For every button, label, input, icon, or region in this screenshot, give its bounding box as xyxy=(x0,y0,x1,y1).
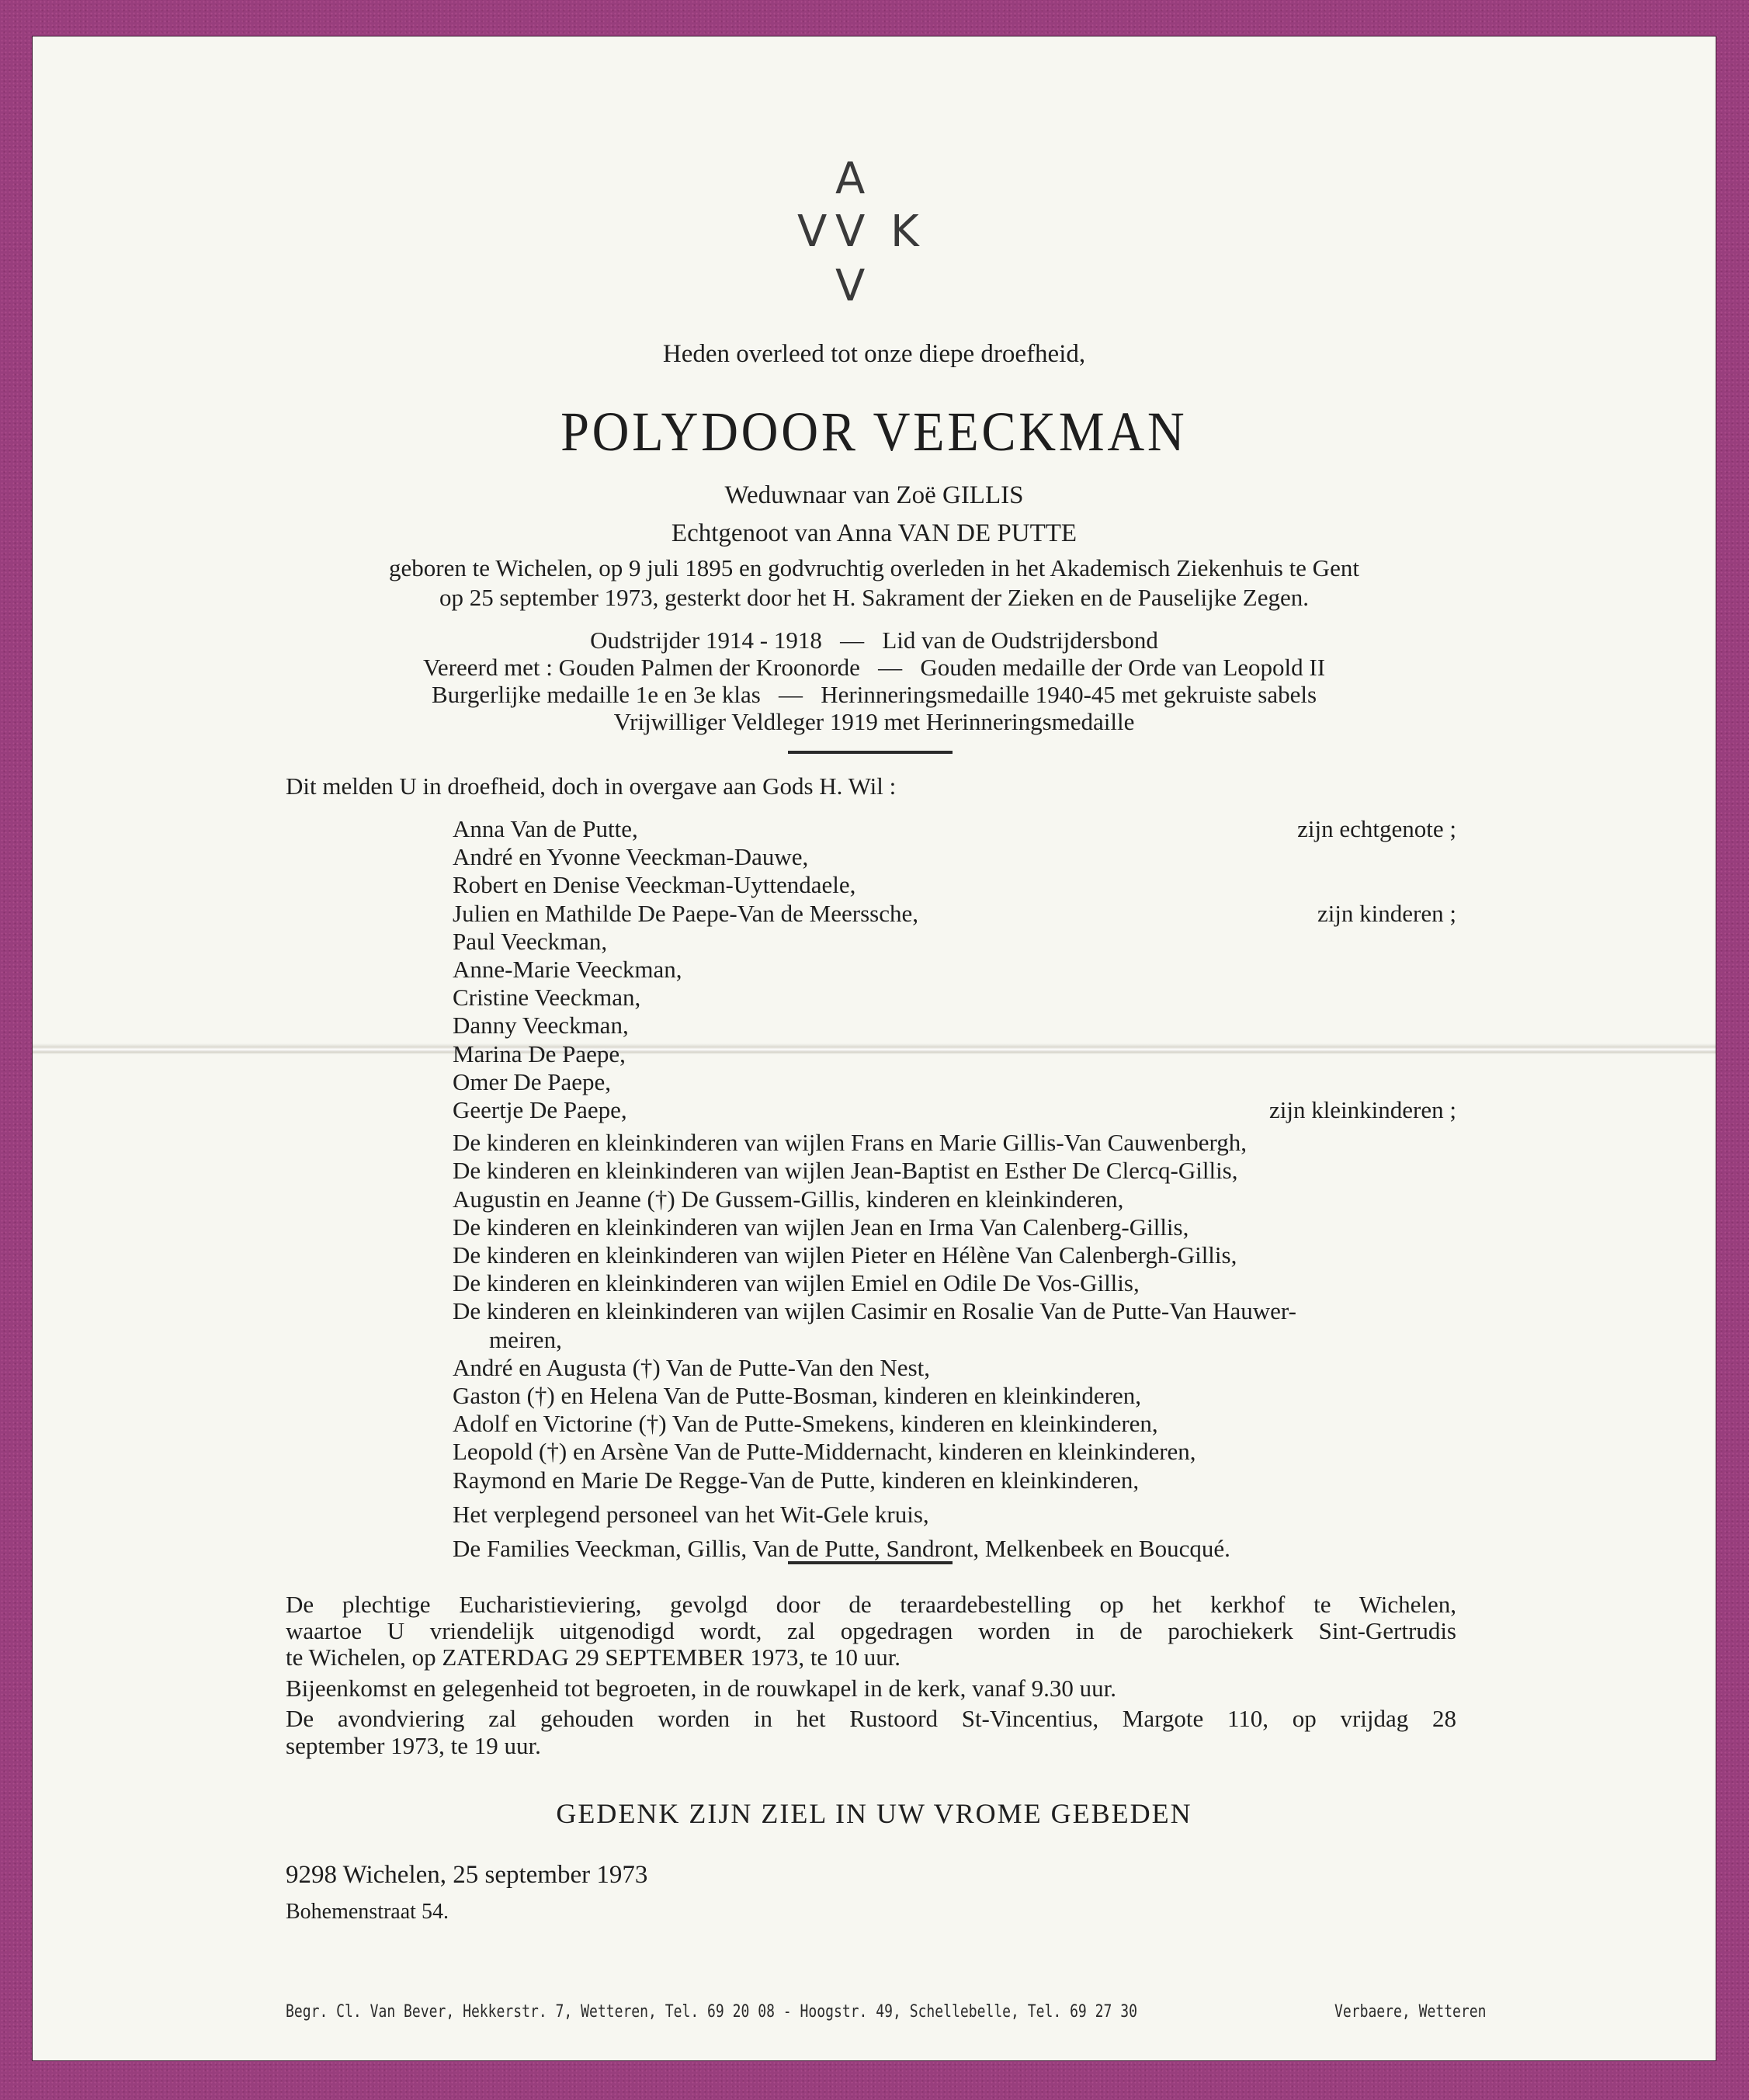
mourner-name: De kinderen en kleinkinderen van wijlen … xyxy=(453,1158,1238,1182)
widower-line: Weduwnaar van Zoë GILLIS xyxy=(33,483,1716,509)
mourner-name: André en Yvonne Veeckman-Dauwe, xyxy=(453,845,808,869)
ceremony-line-1: De plechtige Eucharistieviering, gevolgd… xyxy=(286,1592,1456,1616)
mourner-row: De kinderen en kleinkinderen van wijlen … xyxy=(286,1158,1456,1185)
announcement-line: Dit melden U in droefheid, doch in overg… xyxy=(286,774,896,798)
mourner-row: Omer De Paepe, xyxy=(286,1070,1456,1096)
mourner-name: Marina De Paepe, xyxy=(453,1042,626,1066)
mourner-name: De kinderen en kleinkinderen van wijlen … xyxy=(453,1271,1140,1295)
mourner-row: Het verplegend personeel van het Wit-Gel… xyxy=(286,1502,1456,1529)
mourner-row: De kinderen en kleinkinderen van wijlen … xyxy=(286,1271,1456,1297)
mourner-row: Augustin en Jeanne (†) De Gussem-Gillis,… xyxy=(286,1187,1456,1213)
mourner-name: Geertje De Paepe, xyxy=(453,1098,627,1122)
separator-2 xyxy=(788,1561,953,1564)
mourner-row: De kinderen en kleinkinderen van wijlen … xyxy=(286,1243,1456,1269)
separator-1 xyxy=(788,751,953,754)
vigil-line-2: september 1973, te 19 uur. xyxy=(286,1734,541,1758)
birth-death-line-1: geboren te Wichelen, op 9 juli 1895 en g… xyxy=(33,556,1716,580)
monogram-top: A xyxy=(835,158,865,201)
ceremony-section: De plechtige Eucharistieviering, gevolgd… xyxy=(286,1592,1456,1779)
mourner-name: Danny Veeckman, xyxy=(453,1013,629,1037)
relation-label: zijn kleinkinderen ; xyxy=(1269,1098,1456,1122)
mourner-name: Augustin en Jeanne (†) De Gussem-Gillis,… xyxy=(453,1187,1123,1211)
mourner-name: De kinderen en kleinkinderen van wijlen … xyxy=(453,1130,1247,1154)
spouse-line: Echtgenoot van Anna VAN DE PUTTE xyxy=(33,521,1716,547)
mourner-row: André en Yvonne Veeckman-Dauwe, xyxy=(286,845,1456,871)
honors-line-3: Burgerlijke medaille 1e en 3e klas — Her… xyxy=(33,682,1716,706)
mourner-name: De kinderen en kleinkinderen van wijlen … xyxy=(453,1243,1237,1267)
vigil-line-1: De avondviering zal gehouden worden in h… xyxy=(286,1706,1456,1730)
mourner-row: André en Augusta (†) Van de Putte-Van de… xyxy=(286,1355,1456,1382)
mourner-row: Danny Veeckman, xyxy=(286,1013,1456,1040)
printer-info: Verbaere, Wetteren xyxy=(1334,2004,1487,2021)
mourner-row: Julien en Mathilde De Paepe-Van de Meers… xyxy=(286,901,1456,928)
mourner-row: Anna Van de Putte,zijn echtgenote ; xyxy=(286,817,1456,843)
monogram-bottom: V xyxy=(835,265,865,308)
mourner-name: Robert en Denise Veeckman-Uyttendaele, xyxy=(453,873,855,897)
mourners-section: Dit melden U in droefheid, doch in overg… xyxy=(286,774,1456,1589)
mourner-row: Leopold (†) en Arsène Van de Putte-Midde… xyxy=(286,1439,1456,1466)
monogram-right: K xyxy=(890,210,919,254)
mourner-row: Adolf en Victorine (†) Van de Putte-Smek… xyxy=(286,1411,1456,1438)
mourner-name: Paul Veeckman, xyxy=(453,929,607,953)
ceremony-line-3: te Wichelen, op ZATERDAG 29 SEPTEMBER 19… xyxy=(286,1645,901,1669)
mourner-name: Julien en Mathilde De Paepe-Van de Meers… xyxy=(453,901,918,925)
mourner-row: Geertje De Paepe,zijn kleinkinderen ; xyxy=(286,1098,1456,1124)
prayer-line: GEDENK ZIJN ZIEL IN UW VROME GEBEDEN xyxy=(33,1800,1716,1828)
mourner-name: Gaston (†) en Helena Van de Putte-Bosman… xyxy=(453,1383,1141,1408)
mourner-row: De kinderen en kleinkinderen van wijlen … xyxy=(286,1215,1456,1241)
mourner-row: Robert en Denise Veeckman-Uyttendaele, xyxy=(286,873,1456,899)
mourner-name: meiren, xyxy=(489,1328,562,1352)
mourner-name: De kinderen en kleinkinderen van wijlen … xyxy=(453,1215,1189,1239)
mourner-name: Anne-Marie Veeckman, xyxy=(453,957,682,981)
street-address: Bohemenstraat 54. xyxy=(286,1901,449,1923)
mourner-name: Anna Van de Putte, xyxy=(453,817,638,841)
relation-label: zijn kinderen ; xyxy=(1317,901,1456,925)
birth-death-line-2: op 25 september 1973, gesterkt door het … xyxy=(33,585,1716,609)
intro-line: Heden overleed tot onze diepe droefheid, xyxy=(33,342,1716,367)
gathering-line: Bijeenkomst en gelegenheid tot begroeten… xyxy=(286,1676,1116,1700)
mourner-row: Raymond en Marie De Regge-Van de Putte, … xyxy=(286,1468,1456,1494)
mourner-row: Marina De Paepe, xyxy=(286,1042,1456,1068)
place-date: 9298 Wichelen, 25 september 1973 xyxy=(286,1862,647,1888)
mourner-row: De kinderen en kleinkinderen van wijlen … xyxy=(286,1299,1456,1325)
undertaker-info: Begr. Cl. Van Bever, Hekkerstr. 7, Wette… xyxy=(286,2004,1137,2021)
monogram-left: V xyxy=(797,210,827,254)
honors-line-2: Vereerd met : Gouden Palmen der Kroonord… xyxy=(33,655,1716,679)
memorial-card: A V V K V Heden overleed tot onze diepe … xyxy=(33,36,1716,2060)
mourner-row: Gaston (†) en Helena Van de Putte-Bosman… xyxy=(286,1383,1456,1410)
deceased-name: POLYDOOR VEECKMAN xyxy=(560,404,1187,460)
mourner-row: Cristine Veeckman, xyxy=(286,985,1456,1012)
mourner-name: Omer De Paepe, xyxy=(453,1070,611,1094)
mourner-row: Paul Veeckman, xyxy=(286,929,1456,956)
ceremony-line-2: waartoe U vriendelijk uitgenodigd wordt,… xyxy=(286,1619,1456,1643)
mourner-name: Adolf en Victorine (†) Van de Putte-Smek… xyxy=(453,1411,1158,1435)
mourner-name: Leopold (†) en Arsène Van de Putte-Midde… xyxy=(453,1439,1196,1463)
mourner-name: André en Augusta (†) Van de Putte-Van de… xyxy=(453,1355,930,1380)
mourner-name: De kinderen en kleinkinderen van wijlen … xyxy=(453,1299,1296,1323)
relation-label: zijn echtgenote ; xyxy=(1297,817,1456,841)
honors-line-1: Oudstrijder 1914 - 1918 — Lid van de Oud… xyxy=(33,628,1716,652)
mourner-row: De Families Veeckman, Gillis, Van de Put… xyxy=(286,1536,1456,1563)
mourner-row: Anne-Marie Veeckman, xyxy=(286,957,1456,984)
mourner-name: Raymond en Marie De Regge-Van de Putte, … xyxy=(453,1468,1139,1492)
mourner-row: meiren, xyxy=(286,1328,1456,1354)
mourner-name: De Families Veeckman, Gillis, Van de Put… xyxy=(453,1536,1230,1560)
mourner-row: De kinderen en kleinkinderen van wijlen … xyxy=(286,1130,1456,1157)
honors-line-4: Vrijwilliger Veldleger 1919 met Herinner… xyxy=(33,710,1716,734)
monogram-center: V xyxy=(835,210,865,254)
mourner-name: Cristine Veeckman, xyxy=(453,985,640,1009)
mourner-name: Het verplegend personeel van het Wit-Gel… xyxy=(453,1502,929,1526)
